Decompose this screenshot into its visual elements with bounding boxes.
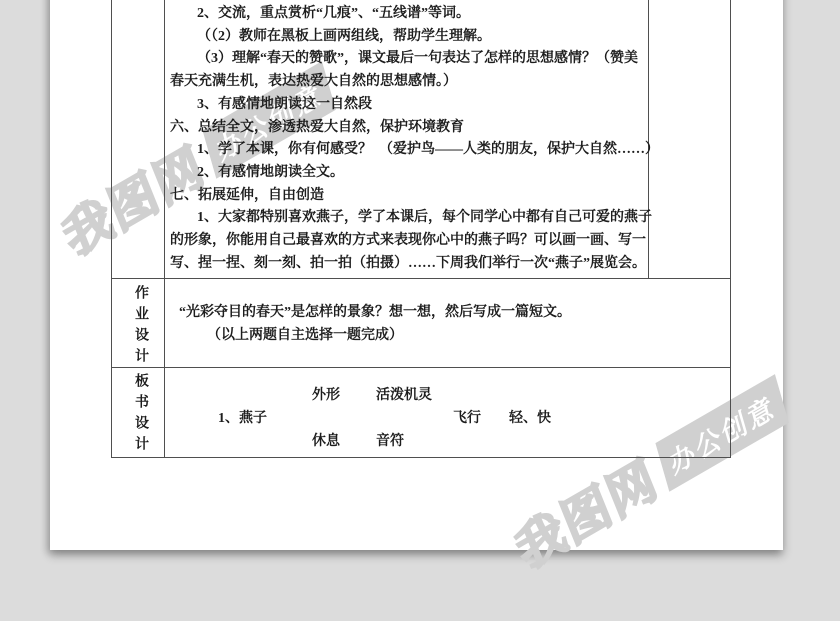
process-line: （（2）教师在黑板上画两组线，帮助学生理解。 [170, 26, 659, 49]
process-line: 的形象，你能用自己最喜欢的方式来表现你心中的燕子吗？可以画一画、写一 [170, 230, 659, 253]
board-design-label: 板书设计 [130, 373, 150, 457]
process-line: 七、拓展延伸，自由创造 [170, 185, 659, 208]
process-line: （3）理解“春天的赞歌”，课文最后一句表达了怎样的思想感情？（赞美 [170, 48, 659, 71]
table-border-bottom [111, 457, 731, 458]
board-item: 轻、快 [509, 407, 551, 427]
homework-design-label: 作业设计 [130, 285, 150, 369]
board-item: 飞行 [453, 407, 481, 427]
teaching-process-text: 2、交流，重点赏析“几痕”、“五线谱”等词。 （（2）教师在黑板上画两组线，帮助… [170, 3, 659, 275]
process-line: 1、学了本课，你有何感受？ （爱护鸟——人类的朋友，保护大自然……） [170, 139, 659, 162]
process-line: 写、捏一捏、刻一刻、拍一拍（拍摄）……下周我们举行一次“燕子”展览会。 [170, 253, 659, 276]
board-item: 音符 [376, 430, 404, 450]
board-item: 外形 [312, 384, 340, 404]
table-label-column-divider [164, 0, 165, 457]
process-line: 六、总结全文，渗透热爱大自然，保护环境教育 [170, 117, 659, 140]
homework-design-text: “光彩夺目的春天”是怎样的景象？想一想，然后写成一篇短文。 （以上两题自主选择一… [166, 301, 571, 347]
board-item: 活泼机灵 [376, 384, 432, 404]
process-line: 2、有感情地朗读全文。 [170, 162, 659, 185]
board-item: 休息 [312, 430, 340, 450]
process-line: 3、有感情地朗读这一自然段 [170, 94, 659, 117]
table-border-right [730, 0, 731, 457]
board-item: 1、燕子 [218, 407, 267, 427]
homework-line: （以上两题自主选择一题完成） [166, 324, 571, 347]
process-line: 1、大家都特别喜欢燕子，学了本课后，每个同学心中都有自己可爱的燕子 [170, 207, 659, 230]
table-row-divider-process-homework [111, 278, 731, 279]
homework-line: “光彩夺目的春天”是怎样的景象？想一想，然后写成一篇短文。 [166, 301, 571, 324]
process-line: 春天充满生机，表达热爱大自然的思想感情。） [170, 71, 659, 94]
process-line: 2、交流，重点赏析“几痕”、“五线谱”等词。 [170, 3, 659, 26]
document-preview-screen: 我图网 办公创意 我图网 办公创意 2、交流，重点赏析“几痕”、“五线谱”等词。… [0, 0, 840, 621]
table-border-left [111, 0, 112, 457]
table-row-divider-homework-board [111, 367, 731, 368]
